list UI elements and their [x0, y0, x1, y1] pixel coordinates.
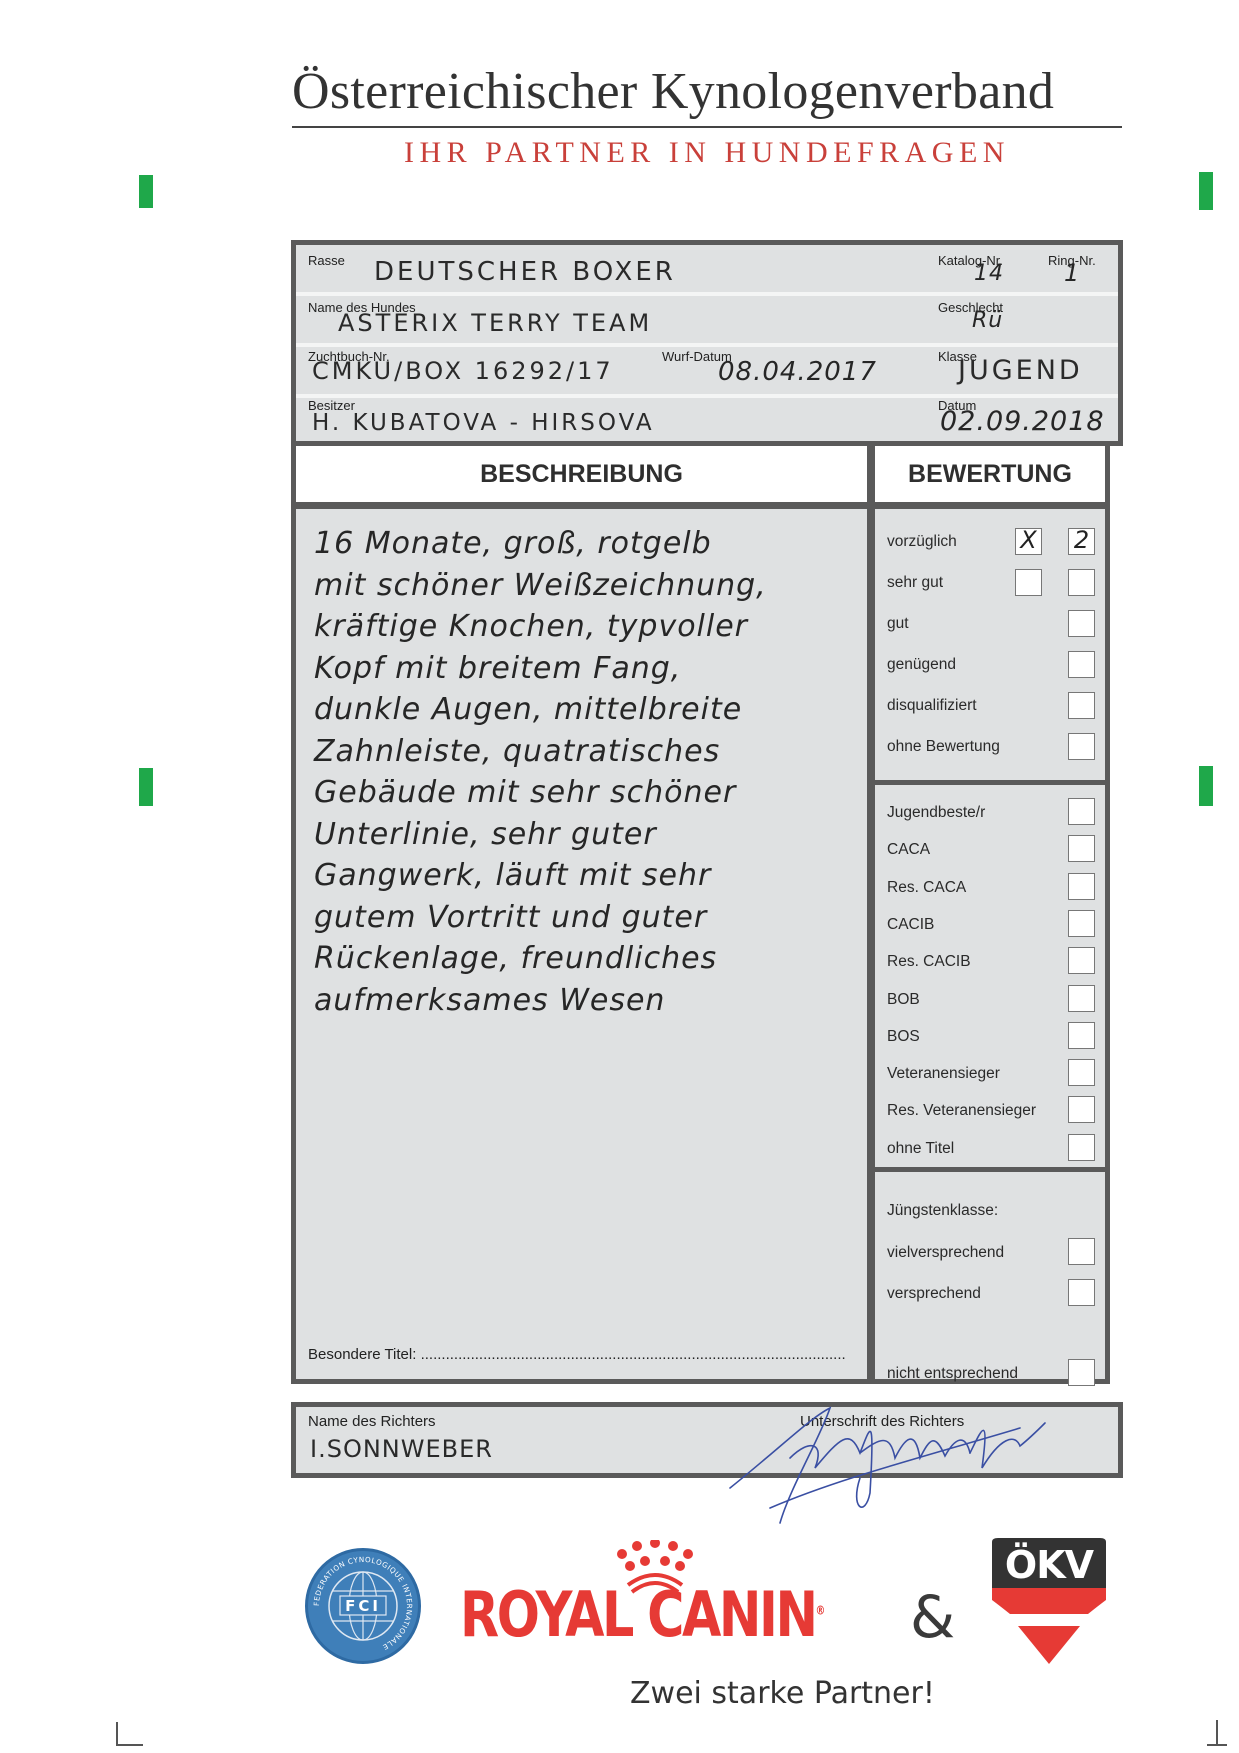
description-line: 16 Monate, groß, rotgelb [314, 523, 854, 565]
grade-label: sehr gut [887, 574, 943, 592]
title-checkbox[interactable] [1068, 1096, 1095, 1123]
row-owner: Besitzer H. KUBATOVA - HIRSOVA Datum 02.… [296, 398, 1118, 445]
owner-value[interactable]: H. KUBATOVA - HIRSOVA [312, 410, 655, 436]
studbook-value[interactable]: CMKU/BOX 16292/17 [312, 357, 614, 385]
globe-icon: FCI FEDERATION CYNOLOGIQUE INTERNATIONAL… [308, 1551, 418, 1661]
description-line: gutem Vortritt und guter [314, 897, 854, 939]
grade-placement-box[interactable] [1068, 569, 1095, 596]
description-text[interactable]: 16 Monate, groß, rotgelbmit schöner Weiß… [314, 523, 854, 1021]
description-line: Kopf mit breitem Fang, [314, 648, 854, 690]
title-label: Veteranensieger [887, 1065, 1000, 1083]
scan-marker-right-top [1199, 172, 1213, 210]
title-checkbox[interactable] [1068, 910, 1095, 937]
grade-placement-box[interactable] [1068, 733, 1095, 760]
class-value[interactable]: JUGEND [958, 355, 1083, 386]
title-label: Res. Veteranensieger [887, 1102, 1036, 1120]
description-line: aufmerksames Wesen [314, 980, 854, 1022]
grade-label: genügend [887, 656, 956, 674]
title-checkbox[interactable] [1068, 798, 1095, 825]
title-label: ohne Titel [887, 1140, 954, 1158]
title-checkbox[interactable] [1068, 873, 1095, 900]
row-dog-name: Name des Hundes ASTERIX TERRY TEAM Gesch… [296, 296, 1118, 347]
date-value[interactable]: 02.09.2018 [940, 406, 1105, 437]
grade-checkbox[interactable] [1015, 569, 1042, 596]
row-breed: Rasse DEUTSCHER BOXER Katalog-Nr. 14 Rin… [296, 245, 1118, 296]
description-line: Gebäude mit sehr schöner [314, 772, 854, 814]
special-titles-label: Besondere Titel: [308, 1346, 416, 1363]
judge-name-label: Name des Richters [308, 1413, 436, 1430]
breed-value[interactable]: DEUTSCHER BOXER [374, 257, 676, 287]
grades-section: vorzüglichX2sehr gutgutgenügenddisqualif… [875, 509, 1105, 780]
sex-value[interactable]: Rü [972, 308, 1003, 333]
org-tagline: IHR PARTNER IN HUNDEFRAGEN [292, 136, 1122, 170]
org-title: Österreichischer Kynologenverband [292, 62, 1122, 121]
crop-mark-bottom-left [116, 1722, 143, 1746]
description-line: kräftige Knochen, typvoller [314, 606, 854, 648]
title-label: Res. CACA [887, 879, 966, 897]
fci-logo: FCI FEDERATION CYNOLOGIQUE INTERNATIONAL… [305, 1548, 421, 1664]
title-checkbox[interactable] [1068, 1059, 1095, 1086]
ring-value[interactable]: 1 [1064, 259, 1080, 287]
crop-mark-bottom-right-h [1207, 1744, 1227, 1746]
youngest-class-section: Jüngstenklasse: vielversprechendversprec… [875, 1172, 1105, 1379]
youngest-class-checkbox[interactable] [1068, 1359, 1095, 1386]
scan-marker-left-top [139, 175, 153, 208]
description-line: Gangwerk, läuft mit sehr [314, 855, 854, 897]
youngest-class-option-label: versprechend [887, 1285, 981, 1303]
checkbox-mark: X [1016, 526, 1041, 554]
scan-marker-right-middle [1199, 766, 1213, 806]
judge-name-value[interactable]: I.SONNWEBER [310, 1435, 493, 1463]
royal-canin-wordmark: ROYAL CANIN [460, 1578, 816, 1651]
description-line: Zahnleiste, quatratisches [314, 731, 854, 773]
youngest-class-option-label: nicht entsprechend [887, 1365, 1018, 1383]
title-label: Res. CACIB [887, 953, 971, 971]
svg-text:ÖKV: ÖKV [1005, 1543, 1095, 1587]
description-line: Rückenlage, freundliches [314, 938, 854, 980]
rating-heading: BEWERTUNG [870, 441, 1110, 507]
grade-label: ohne Bewertung [887, 738, 1000, 756]
special-titles-field[interactable]: Besondere Titel: .......................… [308, 1346, 863, 1363]
description-heading: BESCHREIBUNG [291, 441, 872, 507]
grade-placement-box[interactable]: 2 [1068, 528, 1095, 555]
grade-placement-box[interactable] [1068, 610, 1095, 637]
title-label: CACIB [887, 916, 934, 934]
title-label: BOB [887, 991, 920, 1009]
title-checkbox[interactable] [1068, 1022, 1095, 1049]
grade-placement-box[interactable] [1068, 692, 1095, 719]
title-checkbox[interactable] [1068, 1134, 1095, 1161]
okv-logo: ÖKV [988, 1536, 1110, 1668]
title-label: CACA [887, 841, 930, 859]
title-label: Jugendbeste/r [887, 804, 985, 822]
svg-text:FCI: FCI [345, 1597, 381, 1615]
description-line: mit schöner Weißzeichnung, [314, 565, 854, 607]
row-studbook: Zuchtbuch-Nr. CMKU/BOX 16292/17 Wurf-Dat… [296, 347, 1118, 398]
entry-info-box: Rasse DEUTSCHER BOXER Katalog-Nr. 14 Rin… [291, 240, 1123, 446]
grade-label: gut [887, 615, 909, 633]
title-checkbox[interactable] [1068, 947, 1095, 974]
registered-mark: ® [816, 1603, 826, 1617]
description-line: dunkle Augen, mittelbreite [314, 689, 854, 731]
scan-marker-left-middle [139, 768, 153, 806]
footer-tagline: Zwei starke Partner! [630, 1676, 935, 1711]
grade-checkbox[interactable]: X [1015, 528, 1042, 555]
breed-label: Rasse [308, 253, 345, 268]
youngest-class-checkbox[interactable] [1068, 1279, 1095, 1306]
grade-label: vorzüglich [887, 533, 957, 551]
description-line: Unterlinie, sehr guter [314, 814, 854, 856]
dog-name-value[interactable]: ASTERIX TERRY TEAM [338, 309, 652, 337]
catalog-value[interactable]: 14 [974, 261, 1004, 286]
title-checkbox[interactable] [1068, 985, 1095, 1012]
grade-label: disqualifiziert [887, 697, 977, 715]
judge-signature [720, 1398, 1060, 1528]
crop-mark-bottom-right [1216, 1720, 1218, 1744]
grade-placement-box[interactable] [1068, 651, 1095, 678]
title-label: BOS [887, 1028, 920, 1046]
rating-box: vorzüglichX2sehr gutgutgenügenddisqualif… [870, 504, 1110, 1384]
header-divider [292, 126, 1122, 128]
youngest-class-label: Jüngstenklasse: [887, 1202, 998, 1220]
royal-canin-logo: ROYAL CANIN® [460, 1578, 825, 1651]
special-titles-dots: ........................................… [421, 1346, 846, 1363]
titles-section: Jugendbeste/rCACARes. CACACACIBRes. CACI… [875, 785, 1105, 1167]
birth-date-value[interactable]: 08.04.2017 [718, 357, 877, 387]
youngest-class-option-label: vielversprechend [887, 1244, 1004, 1262]
checkbox-mark: 2 [1069, 526, 1094, 554]
description-box: 16 Monate, groß, rotgelbmit schöner Weiß… [291, 504, 872, 1384]
title-checkbox[interactable] [1068, 835, 1095, 862]
ampersand: & [910, 1583, 955, 1651]
youngest-class-checkbox[interactable] [1068, 1238, 1095, 1265]
